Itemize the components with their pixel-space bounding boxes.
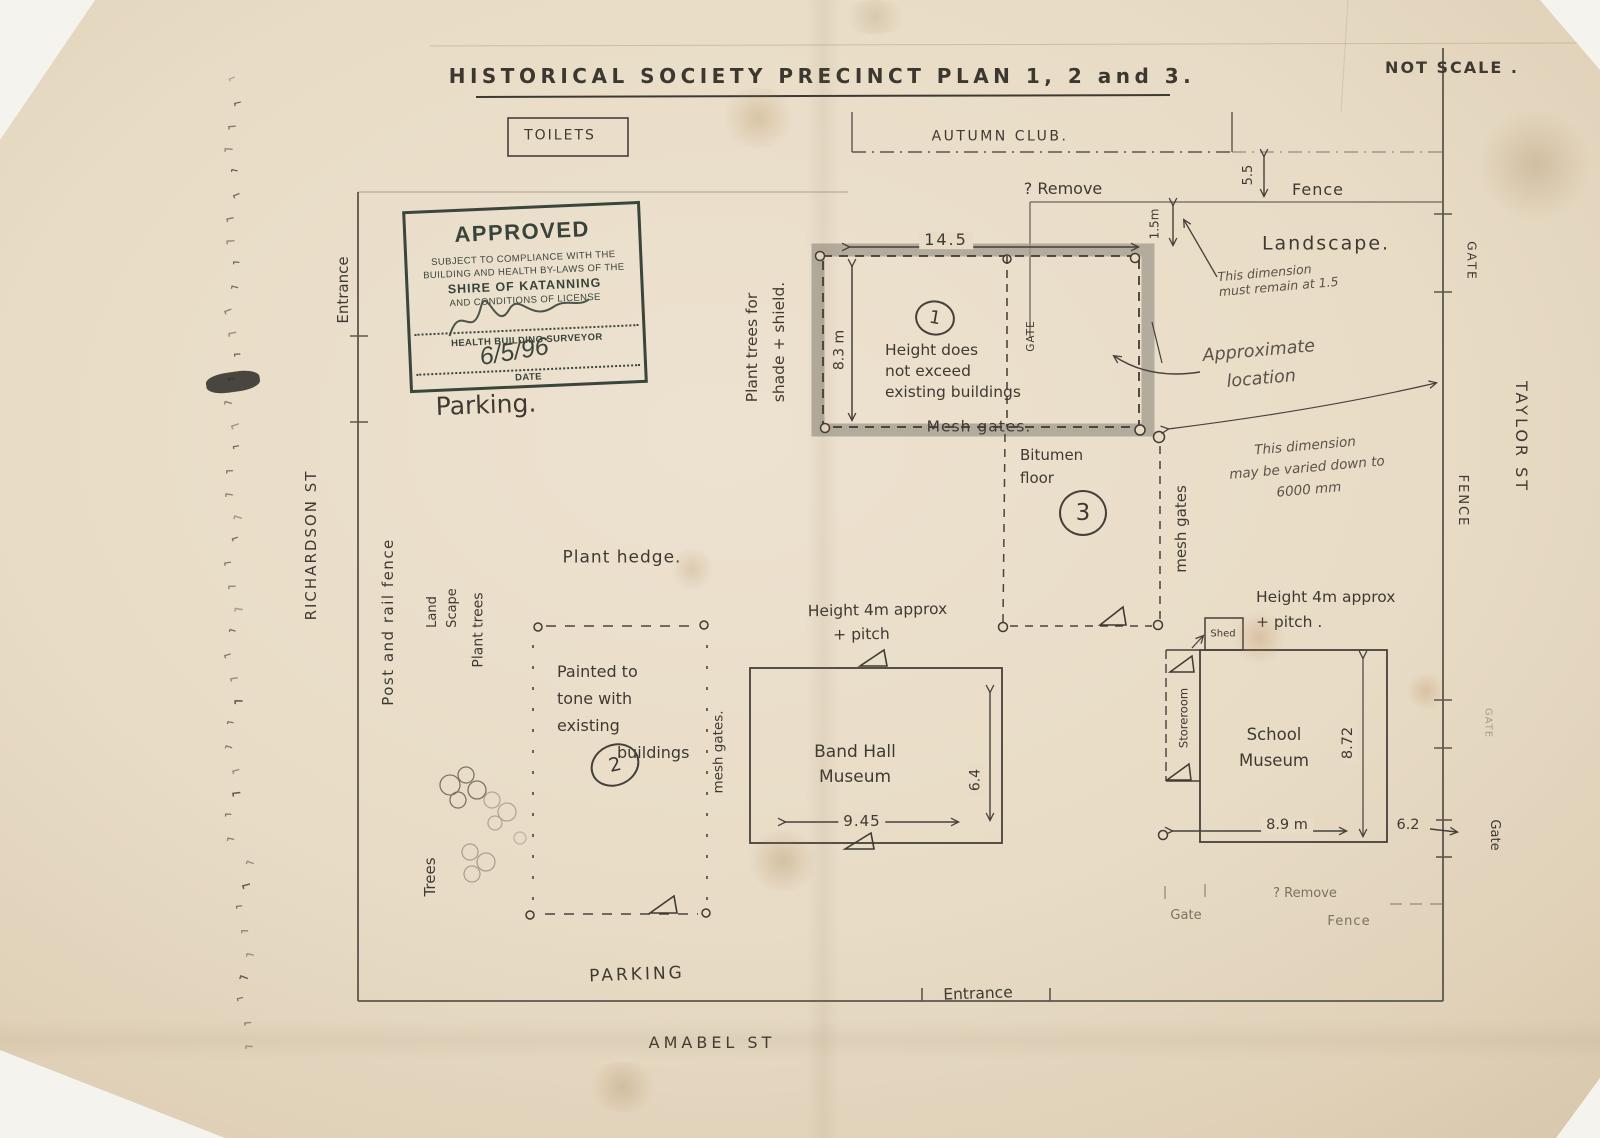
note-line: Height 4m approx bbox=[1256, 585, 1395, 610]
fence-hook-mark: ⌐ bbox=[224, 810, 233, 821]
fold-line-topright bbox=[1341, 0, 1348, 112]
note-line: Height 4m approx bbox=[808, 597, 948, 623]
band-hall-height-note: Height 4m approx + pitch bbox=[808, 597, 948, 647]
note-line: tone with bbox=[557, 685, 689, 712]
plan-linework bbox=[0, 0, 1600, 1138]
bitumen-floor-note: Bitumen floor bbox=[1020, 444, 1083, 490]
gate-top-right-label: GATE bbox=[1464, 241, 1477, 281]
fence-hook-mark: ⌐ bbox=[222, 143, 234, 159]
approval-stamp: APPROVED SUBJECT TO COMPLIANCE WITH THE … bbox=[402, 201, 648, 393]
gate-mid-right-label: GATE bbox=[1483, 708, 1494, 738]
building-name-line: School bbox=[1239, 722, 1309, 748]
plan-area-3-number: 3 bbox=[1076, 500, 1091, 526]
building1-width-label: 14.5 bbox=[919, 231, 973, 249]
gate-triangle-enclosure2 bbox=[650, 896, 677, 913]
note-line: Plant trees for bbox=[739, 282, 766, 402]
fence-hook-mark: ⌐ bbox=[233, 350, 242, 361]
fence-hook-mark: ⌐ bbox=[232, 602, 245, 619]
plan-area-2-number: 2 bbox=[607, 753, 624, 777]
remove-bottom-note: ? Remove bbox=[1273, 887, 1337, 901]
building1-gate-label: GATE bbox=[1026, 320, 1038, 352]
stamp-approved-text: APPROVED bbox=[406, 214, 639, 250]
band-hall-width-label: 9.45 bbox=[838, 813, 885, 830]
fence-hook-mark: ⌐ bbox=[228, 671, 240, 686]
shed-arrow bbox=[1192, 636, 1203, 648]
plant-trees-label: Plant trees bbox=[471, 592, 486, 667]
note-line: floor bbox=[1020, 467, 1083, 490]
approx-location-arrow bbox=[1114, 356, 1200, 374]
fold-line-top bbox=[430, 43, 1578, 46]
parking-upper-label: Parking. bbox=[435, 390, 537, 421]
fence-hook-mark: ⌐ bbox=[223, 487, 235, 502]
street-amabel-label: AMABEL ST bbox=[649, 1034, 776, 1052]
gate-triangle-storeroom-bottom bbox=[1167, 764, 1191, 780]
fence-hook-mark: ⌐ bbox=[230, 786, 243, 802]
gate-bottom-right-label: Gate bbox=[1487, 819, 1501, 850]
remain-note-arrow bbox=[1184, 220, 1217, 277]
dim-1-5-label: 1.5m bbox=[1148, 209, 1161, 240]
fence-hook-mark: ⌐ bbox=[234, 902, 243, 914]
street-taylor-label: TAYLOR ST bbox=[1512, 381, 1530, 493]
fence-hook-mark: ⌐ bbox=[227, 580, 237, 594]
note-line: shade + shield. bbox=[766, 282, 793, 402]
building1-mesh-gates-label: Mesh gates. bbox=[927, 418, 1032, 435]
plan-area-1-number: 1 bbox=[928, 307, 943, 330]
plant-hedge-label: Plant hedge. bbox=[563, 549, 682, 568]
fence-hook-mark: ⌐ bbox=[242, 1017, 252, 1031]
note-line: existing buildings bbox=[885, 382, 1021, 403]
plant-trees-shade-note: Plant trees for shade + shield. bbox=[739, 282, 793, 402]
dim-5-5-label: 5.5 bbox=[1242, 165, 1256, 186]
entrance-left-label: Entrance bbox=[335, 256, 352, 323]
mesh-gates-side-label: mesh gates bbox=[1173, 485, 1190, 573]
enclosure2-mesh-gates-label: mesh gates. bbox=[712, 710, 727, 793]
plan-title: HISTORICAL SOCIETY PRECINCT PLAN 1, 2 an… bbox=[449, 65, 1196, 87]
gate-triangle-bandhall-top bbox=[860, 650, 887, 666]
note-line: Land bbox=[423, 588, 443, 628]
street-richardson-label: RICHARDSON ST bbox=[303, 470, 320, 621]
post-rail-fence-label: Post and rail fence bbox=[380, 538, 397, 706]
fence-hook-mark: ⌐ bbox=[225, 235, 237, 251]
remove-fence-note: ? Remove bbox=[1024, 180, 1103, 198]
title-underline bbox=[476, 95, 1170, 97]
fence-hook-mark: ⌐ bbox=[244, 1040, 255, 1055]
gate-triangle-storeroom-top bbox=[1170, 656, 1194, 672]
fence-hook-mark: ⌐ bbox=[231, 258, 240, 270]
shed-label: Shed bbox=[1210, 629, 1235, 640]
building-name-line: Museum bbox=[814, 765, 896, 790]
note-line: Painted to bbox=[557, 658, 689, 685]
band-hall-depth-label: 6.4 bbox=[968, 765, 983, 795]
scale-note: NOT SCALE . bbox=[1385, 59, 1519, 77]
gate-triangle-bandhall-bottom bbox=[845, 833, 874, 849]
school-width-label: 8.9 m bbox=[1261, 818, 1313, 834]
site-boundary bbox=[358, 48, 1443, 1001]
fence-hook-mark: ⌐ bbox=[227, 120, 238, 135]
fence-hook-mark: ⌐ bbox=[225, 465, 234, 478]
autumn-club-label: AUTUMN CLUB. bbox=[932, 129, 1069, 144]
note-line: Bitumen bbox=[1020, 444, 1083, 467]
fence-right-label: FENCE bbox=[1455, 475, 1469, 528]
trees-label: Trees bbox=[422, 857, 439, 896]
school-height-note: Height 4m approx + pitch . bbox=[1256, 585, 1395, 635]
parking-bottom-label: PARKING bbox=[589, 964, 685, 986]
storeroom-label: Storeroom bbox=[1178, 688, 1191, 748]
note-line: existing bbox=[557, 712, 689, 739]
school-offset-label: 6.2 bbox=[1396, 818, 1419, 834]
fence-bottom-label: Fence bbox=[1327, 915, 1370, 929]
toilets-label: TOILETS bbox=[524, 128, 596, 143]
landscape-small-note: Land Scape bbox=[423, 588, 463, 628]
school-depth-label: 8.72 bbox=[1341, 723, 1357, 763]
note-line: + pitch bbox=[833, 621, 948, 647]
building1-height-note: Height does not exceed existing building… bbox=[885, 340, 1021, 403]
note-line: + pitch . bbox=[1256, 610, 1395, 635]
note-line: not exceed bbox=[885, 361, 1021, 382]
building1-depth-label: 8.3 m bbox=[832, 330, 847, 370]
fence-hook-mark: ⌐ bbox=[231, 441, 241, 453]
tree-scribbles bbox=[440, 767, 526, 882]
gate-bottom-label: Gate bbox=[1170, 909, 1201, 923]
note-line: Scape bbox=[443, 588, 463, 628]
varied-dimension-note: This dimension may be varied down to 600… bbox=[1226, 428, 1387, 507]
fence-hook-mark: ⌐ bbox=[240, 925, 250, 938]
approximate-location-note: Approximate location bbox=[1201, 332, 1318, 398]
landscape-label: Landscape. bbox=[1262, 234, 1390, 255]
fence-hook-mark: ⌐ bbox=[222, 556, 233, 570]
building-name-line: Band Hall bbox=[814, 740, 896, 765]
plan-area-3-circle: 3 bbox=[1059, 490, 1107, 536]
note-line: Height does bbox=[885, 340, 1021, 361]
gate-triangle-yard bbox=[1100, 607, 1126, 625]
fence-top-label: Fence bbox=[1292, 181, 1344, 199]
entrance-bottom-label: Entrance bbox=[943, 984, 1013, 1003]
band-hall-name: Band Hall Museum bbox=[814, 740, 896, 790]
school-name: School Museum bbox=[1239, 722, 1309, 774]
building-name-line: Museum bbox=[1239, 748, 1309, 774]
scanned-plan-sheet: HISTORICAL SOCIETY PRECINCT PLAN 1, 2 an… bbox=[0, 0, 1600, 1138]
fence-hook-mark: ⌐ bbox=[233, 695, 244, 710]
